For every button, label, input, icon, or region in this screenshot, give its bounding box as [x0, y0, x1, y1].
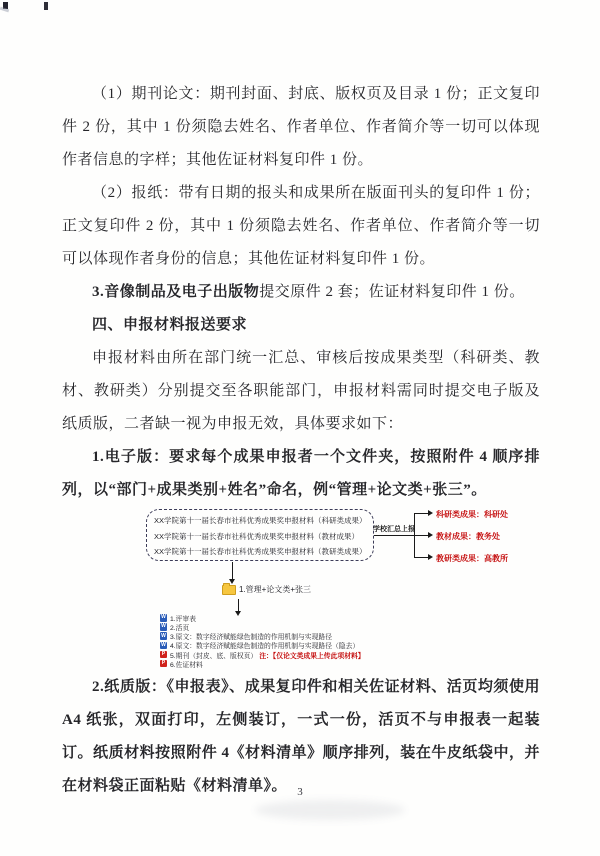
paragraph-electronic-version: 1.电子版：要求每个成果申报者一个文件夹，按照附件 4 顺序排列，以“部门+成果… — [62, 441, 540, 507]
scan-artifact — [44, 2, 48, 10]
document-page: （1）期刊论文：期刊封面、封底、版权页及目录 1 份；正文复印件 2 份，其中 … — [0, 0, 600, 856]
materials-group-box: XX学院第十一届长春市社科优秀成果奖申报材料（科研类成果） XX学院第十一届长春… — [146, 509, 374, 561]
folder-file-list: W 1.评审表 W 2.活页 W 3.原文：数字经济赋能绿色制造的作用机制与实现… — [160, 614, 365, 668]
paragraph-journal-papers: （1）期刊论文：期刊封面、封底、版权页及目录 1 份；正文复印件 2 份，其中 … — [62, 78, 540, 177]
down-arrow-icon — [232, 562, 233, 579]
file-list-item: W 3.原文：数字经济赋能绿色制造的作用机制与实现路径 — [160, 632, 365, 640]
pdf-file-icon: P — [160, 660, 167, 668]
materials-group-line: XX学院第十一届长春市社科优秀成果奖申报材料（教研类成果） — [154, 544, 373, 560]
paragraph-audio-visual-lead: 3.音像制品及电子出版物 — [92, 284, 259, 300]
right-arrow-icon — [414, 535, 428, 536]
target-academic-affairs: 教材成果：教务处 — [436, 531, 500, 542]
file-list-item: W 2.活页 — [160, 623, 365, 631]
scan-smudge — [255, 800, 405, 820]
file-list-item: W 4.原文：数字经济赋能绿色制造的作用机制与实现路径（隐去） — [160, 642, 365, 650]
pdf-file-icon: P — [160, 651, 167, 659]
word-file-icon: W — [160, 623, 167, 631]
target-higher-ed-institute: 教研类成果：高教所 — [436, 553, 508, 564]
down-arrow-icon — [238, 599, 239, 611]
file-note-red: 注：【仅论文类成果上传此项材料】 — [259, 650, 364, 660]
paragraph-submission-process: 申报材料由所在部门统一汇总、审核后按成果类型（科研类、教材、教研类）分别提交至各… — [62, 342, 540, 441]
connector-line — [374, 535, 414, 536]
word-file-icon: W — [160, 632, 167, 640]
materials-group-line: XX学院第十一届长春市社科优秀成果奖申报材料（科研类成果） — [154, 513, 373, 529]
right-arrow-icon — [414, 557, 428, 558]
connector-label: 学校汇总上报 — [373, 524, 415, 534]
folder-name-label: 1.管理+论文类+张三 — [239, 584, 311, 595]
paragraph-audio-visual-rest: 提交原件 2 套；佐证材料复印件 1 份。 — [259, 284, 525, 300]
paragraph-newspapers: （2）报纸：带有日期的报头和成果所在版面刊头的复印件 1 份；正文复印件 2 份… — [62, 177, 540, 276]
folder-icon — [222, 585, 236, 595]
materials-group-line: XX学院第十一届长春市社科优秀成果奖申报材料（教材成果） — [154, 529, 373, 545]
file-list-item: P 5.期刊（封皮、底、版权页） 注：【仅论文类成果上传此项材料】 — [160, 651, 365, 659]
folder-example-row: 1.管理+论文类+张三 — [222, 584, 311, 595]
target-research-office: 科研类成果：科研处 — [436, 509, 508, 520]
word-file-icon: W — [160, 642, 167, 650]
folder-naming-diagram: XX学院第十一届长春市社科优秀成果奖申报材料（科研类成果） XX学院第十一届长春… — [62, 509, 540, 671]
file-label: 6.佐证材料 — [170, 659, 203, 669]
right-arrow-icon — [414, 513, 428, 514]
file-list-item: W 1.评审表 — [160, 614, 365, 622]
paragraph-paper-version: 2.纸质版：《申报表》、成果复印件和相关佐证材料、活页均须使用 A4 纸张，双面… — [62, 671, 540, 803]
page-number: 3 — [0, 786, 600, 798]
document-body: （1）期刊论文：期刊封面、封底、版权页及目录 1 份；正文复印件 2 份，其中 … — [62, 78, 540, 803]
section-heading-submission-requirements: 四、申报材料报送要求 — [62, 309, 540, 342]
paragraph-audio-visual: 3.音像制品及电子出版物提交原件 2 套；佐证材料复印件 1 份。 — [62, 276, 540, 309]
file-list-item: P 6.佐证材料 — [160, 660, 365, 668]
word-file-icon: W — [160, 614, 167, 622]
